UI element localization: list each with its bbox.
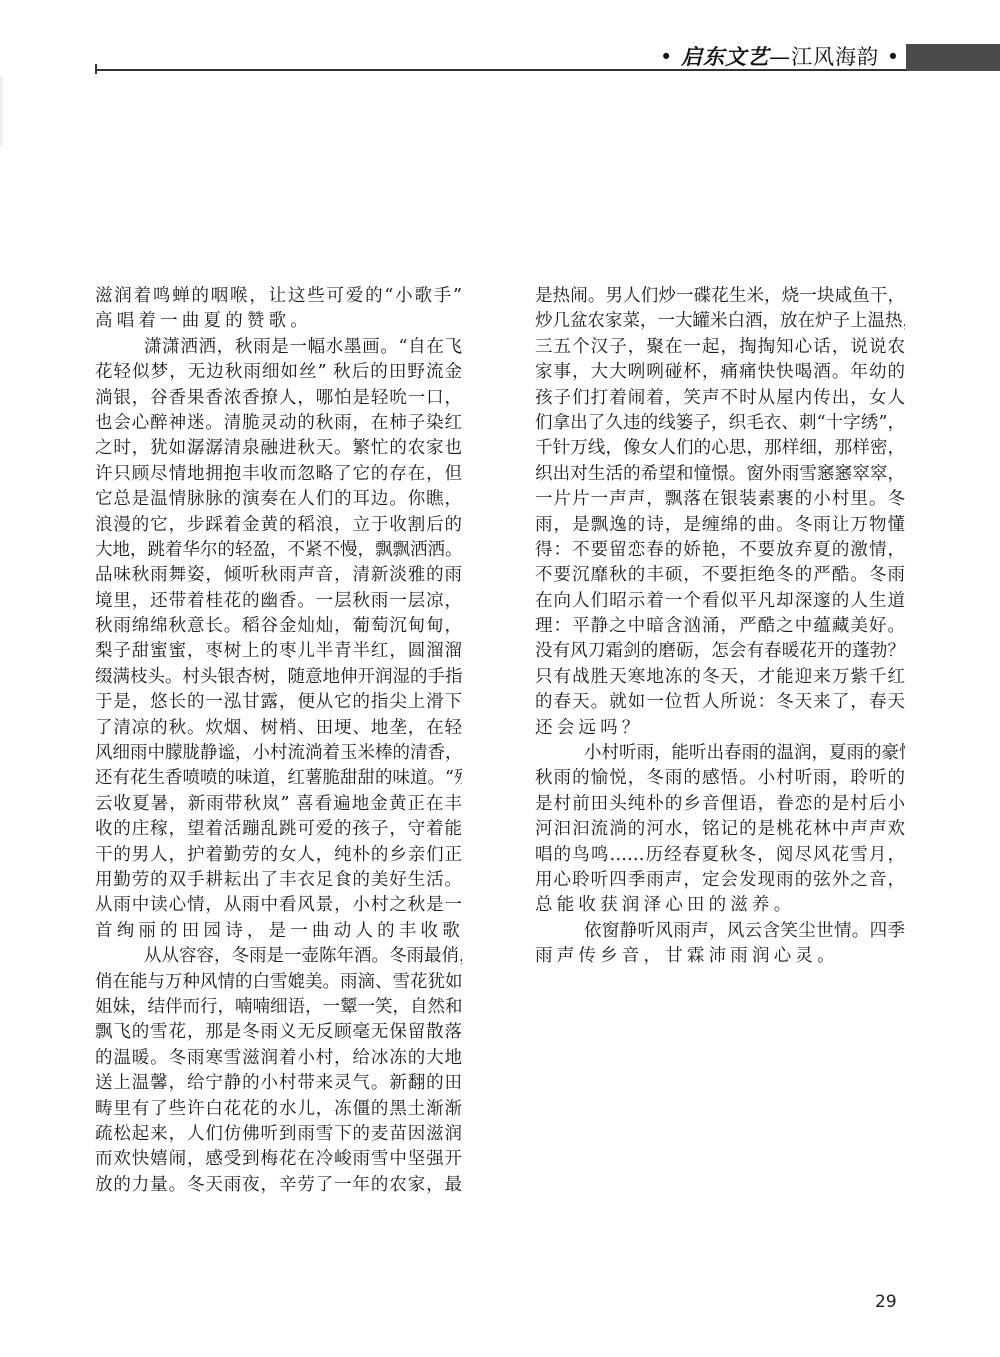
text-line: 雨，是飘逸的诗，是缠绵的曲。冬雨让万物懂 [535, 513, 905, 538]
text-line: 之时，犹如潺潺清泉融进秋天。繁忙的农家也 [95, 436, 462, 461]
text-line: 三五个汉子，聚在一起，掏掏知心话，说说农 [535, 335, 905, 360]
text-line: 理：平静之中暗含汹涌，严酷之中蕴藏美好。 [535, 614, 905, 639]
header-accent-block [906, 44, 1000, 71]
text-line: 不要沉靡秋的丰硕，不要拒绝冬的严酷。冬雨 [535, 563, 905, 588]
text-line: 畴里有了些许白花花的水儿，冻僵的黑土渐渐 [95, 1097, 462, 1122]
text-line: 总能收获润泽心田的滋养。 [535, 893, 905, 918]
text-line: 了清凉的秋。炊烟、树梢、田埂、地垄，在轻 [95, 716, 462, 741]
text-line: 织出对生活的希望和憧憬。窗外雨雪窸窸窣窣， [535, 462, 905, 487]
text-line: 于是，悠长的一泓甘露，便从它的指尖上滑下 [95, 690, 462, 715]
text-line: 放的力量。冬天雨夜，辛劳了一年的农家，最 [95, 1173, 462, 1198]
text-line: 家事，大大咧咧碰杯，痛痛快快喝酒。年幼的 [535, 360, 905, 385]
text-line: 姐妹，结伴而行，喃喃细语，一颦一笑，自然和谐。 [95, 995, 462, 1020]
header-bullet-left: • [660, 45, 673, 69]
text-line: 风细雨中朦胧静谧，小村流淌着玉米棒的清香， [95, 741, 462, 766]
text-line: 雨声传乡音，甘霖沛雨润心灵。 [535, 944, 905, 969]
text-line: 滋润着鸣蝉的咽喉，让这些可爱的“小歌手” [95, 284, 462, 309]
journal-name: 启东文艺 [681, 44, 769, 69]
text-line: 是村前田头纯朴的乡音俚语，眷恋的是村后小 [535, 792, 905, 817]
text-line: 河汩汩流淌的河水，铭记的是桃花林中声声欢 [535, 817, 905, 842]
text-line: 还会远吗？ [535, 716, 905, 741]
text-line: 收的庄稼，望着活蹦乱跳可爱的孩子，守着能 [95, 817, 462, 842]
text-line: 梨子甜蜜蜜，枣树上的枣儿半青半红，圆溜溜 [95, 639, 462, 664]
text-line: 疏松起来，人们仿佛听到雨雪下的麦苗因滋润 [95, 1122, 462, 1147]
text-line: 云收夏暑，新雨带秋岚” 喜看遍地金黄正在丰 [95, 792, 462, 817]
article-column-right: 是热闹。男人们炒一碟花生米，烧一块咸鱼干，炒几盆农家菜，一大罐米白酒，放在炉子上… [535, 284, 905, 970]
header-title: • 启东文艺—江风海韵 • [660, 44, 900, 70]
text-line: 俏在能与万种风情的白雪媲美。雨滴、雪花犹如 [95, 970, 462, 995]
text-line: 炒几盆农家菜，一大罐米白酒，放在炉子上温热， [535, 309, 905, 334]
page-edge-mark [0, 76, 3, 146]
text-line: 在向人们昭示着一个看似平凡却深邃的人生道 [535, 589, 905, 614]
text-line: 高唱着一曲夏的赞歌。 [95, 309, 462, 334]
text-line: 没有风刀霜剑的磨砺，怎会有春暖花开的蓬勃？ [535, 639, 905, 664]
header-dash: — [769, 45, 791, 69]
text-line: 唱的鸟鸣……历经春夏秋冬，阅尽风花雪月， [535, 843, 905, 868]
text-line: 缀满枝头。村头银杏树，随意地伸开润湿的手指。 [95, 665, 462, 690]
header-rule [95, 69, 906, 71]
text-line: 浪漫的它，步踩着金黄的稻浪，立于收割后的 [95, 513, 462, 538]
text-line: 品味秋雨舞姿，倾听秋雨声音，清新淡雅的雨 [95, 563, 462, 588]
text-line: 送上温馨，给宁静的小村带来灵气。新翻的田 [95, 1071, 462, 1096]
text-line: 淌银，谷香果香浓香撩人，哪怕是轻吮一口， [95, 386, 462, 411]
text-line: 花轻似梦，无边秋雨细如丝” 秋后的田野流金 [95, 360, 462, 385]
text-line: 小村听雨，能听出春雨的温润，夏雨的豪情， [535, 741, 905, 766]
header-bullet-right: • [887, 45, 900, 69]
text-line: 而欢快嬉闹，感受到梅花在冷峻雨雪中坚强开 [95, 1147, 462, 1172]
text-line: 它总是温情脉脉的演奏在人们的耳边。你瞧， [95, 487, 462, 512]
text-line: 大地，跳着华尔的轻盈，不紧不慢，飘飘洒洒。 [95, 538, 462, 563]
text-line: 从从容容，冬雨是一壶陈年酒。冬雨最俏， [95, 944, 462, 969]
text-line: 秋雨绵绵秋意长。稻谷金灿灿，葡萄沉甸甸， [95, 614, 462, 639]
text-line: 只有战胜天寒地冻的冬天，才能迎来万紫千红 [535, 665, 905, 690]
text-line: 一片片一声声，飘落在银装素裹的小村里。冬 [535, 487, 905, 512]
text-line: 用勤劳的双手耕耘出了丰衣足食的美好生活。 [95, 868, 462, 893]
text-line: 的温暖。冬雨寒雪滋润着小村，给冰冻的大地 [95, 1046, 462, 1071]
text-line: 许只顾尽情地拥抱丰收而忽略了它的存在，但 [95, 462, 462, 487]
text-line: 飘飞的雪花，那是冬雨义无反顾毫无保留散落 [95, 1020, 462, 1045]
text-line: 孩子们打着闹着，笑声不时从屋内传出，女人 [535, 386, 905, 411]
text-line: 用心聆听四季雨声，定会发现雨的弦外之音， [535, 868, 905, 893]
text-line: 得：不要留恋春的娇艳，不要放弃夏的激情， [535, 538, 905, 563]
text-line: 首绚丽的田园诗，是一曲动人的丰收歌。 [95, 919, 462, 944]
text-line: 秋雨的愉悦，冬雨的感悟。小村听雨，聆听的 [535, 766, 905, 791]
page-number: 29 [875, 1292, 897, 1312]
text-line: 千针万线，像女人们的心思，那样细，那样密， [535, 436, 905, 461]
text-line: 依窗静听风雨声，风云含笑尘世情。四季 [535, 919, 905, 944]
text-line: 是热闹。男人们炒一碟花生米，烧一块咸鱼干， [535, 284, 905, 309]
section-name: 江风海韵 [791, 45, 879, 69]
text-line: 们拿出了久违的线篓子，织毛衣、刺“十字绣”， [535, 411, 905, 436]
text-line: 潇潇洒洒，秋雨是一幅水墨画。“自在飞 [95, 335, 462, 360]
text-line: 从雨中读心情，从雨中看风景，小村之秋是一 [95, 893, 462, 918]
text-line: 也会心醉神迷。清脆灵动的秋雨，在柿子染红 [95, 411, 462, 436]
text-line: 还有花生香喷喷的味道，红薯脆甜甜的味道。“残 [95, 766, 462, 791]
article-column-left: 滋润着鸣蝉的咽喉，让这些可爱的“小歌手”高唱着一曲夏的赞歌。潇潇洒洒，秋雨是一幅… [95, 284, 462, 1198]
text-line: 的春天。就如一位哲人所说：冬天来了，春天 [535, 690, 905, 715]
text-line: 干的男人，护着勤劳的女人，纯朴的乡亲们正 [95, 843, 462, 868]
text-line: 境里，还带着桂花的幽香。一层秋雨一层凉， [95, 589, 462, 614]
